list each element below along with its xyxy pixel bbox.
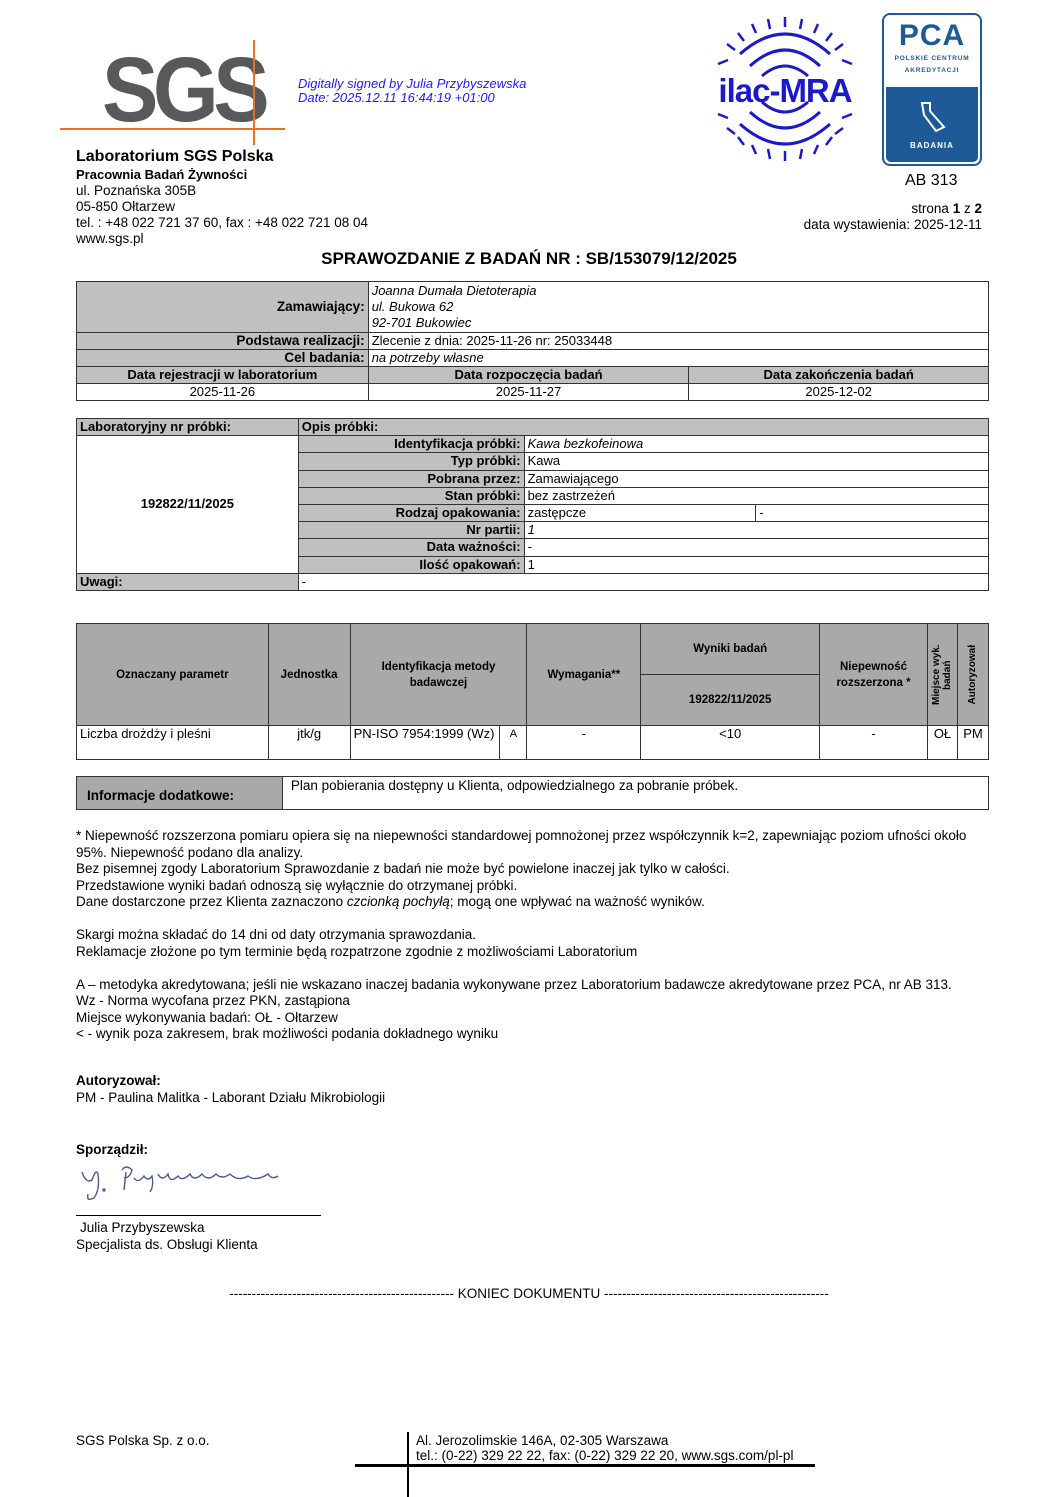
logo-orange-hline	[60, 128, 285, 130]
authorized-value: PM - Paulina Malitka - Laborant Działu M…	[76, 1090, 385, 1107]
basis-label: Podstawa realizacji:	[77, 333, 369, 350]
unit-header: Jednostka	[268, 624, 350, 726]
signature-stamp-line1: Digitally signed by Julia Przybyszewska	[298, 77, 526, 91]
remarks-row: Uwagi: -	[77, 573, 989, 590]
notes-block: * Niepewność rozszerzona pomiaru opiera …	[76, 828, 986, 1043]
note-complaints: Skargi można składać do 14 dni od daty o…	[76, 927, 986, 944]
ilac-mra-logo: ilac-MRA	[710, 14, 860, 164]
footer-address: Al. Jerozolimskie 146A, 02-305 Warszawa	[416, 1433, 793, 1448]
registration-date-header: Data rejestracji w laboratorium	[77, 367, 369, 384]
handwritten-signature-icon	[78, 1160, 288, 1204]
signature-stamp-line2: Date: 2025.12.11 16:44:19 +01:00	[298, 91, 526, 105]
purpose-label: Cel badania:	[77, 350, 369, 367]
result-uncertainty: -	[820, 726, 928, 760]
result-location: OŁ	[928, 726, 958, 760]
sample-field-label: Ilość opakowań:	[298, 556, 524, 573]
sample-field-row: 192822/11/2025 Identyfikacja próbki: Kaw…	[77, 436, 989, 453]
logo-orange-vline	[253, 40, 255, 145]
sample-header-row: Laboratoryjny nr próbki: Opis próbki:	[77, 419, 989, 436]
note-accredited-method: A – metodyka akredytowana; jeśli nie wsk…	[76, 977, 986, 994]
issue-date: data wystawienia: 2025-12-11	[804, 217, 982, 233]
sample-field-value: 1	[524, 556, 988, 573]
sample-field-value: -	[524, 539, 988, 556]
lab-contact: tel. : +48 022 721 37 60, fax : +48 022 …	[76, 215, 368, 231]
start-date-header: Data rozpoczęcia badań	[368, 367, 689, 384]
sample-description-label: Opis próbki:	[298, 419, 988, 436]
end-date: 2025-12-02	[689, 384, 989, 401]
sample-field-label: Identyfikacja próbki:	[298, 436, 524, 453]
note-copy: Bez pisemnej zgody Laboratorium Sprawozd…	[76, 861, 986, 878]
lab-address-block: Laboratorium SGS Polska Pracownia Badań …	[76, 147, 368, 247]
accreditation-number: AB 313	[905, 172, 957, 190]
note-uncertainty: * Niepewność rozszerzona pomiaru opiera …	[76, 828, 986, 861]
result-authorized: PM	[957, 726, 988, 760]
lab-sample-no-label: Laboratoryjny nr próbki:	[77, 419, 299, 436]
authorized-header: Autoryzował	[957, 624, 988, 726]
page-number: strona 1 z 2	[804, 201, 982, 217]
lab-department: Pracownia Badań Żywności	[76, 167, 368, 183]
sample-field-value: Kawa bezkofeinowa	[524, 436, 988, 453]
remarks-value: -	[298, 573, 988, 590]
result-unit: jtk/g	[268, 726, 350, 760]
additional-info-table: Informacje dodatkowe: Plan pobierania do…	[76, 776, 989, 810]
page-info: strona 1 z 2 data wystawienia: 2025-12-1…	[804, 201, 982, 233]
result-method: PN-ISO 7954:1999 (Wz)	[350, 726, 500, 760]
result-accreditation-flag: A	[500, 726, 527, 760]
pca-title: PCA	[884, 21, 980, 51]
lab-sample-no: 192822/11/2025	[77, 436, 299, 574]
note-out-of-range: < - wynik poza zakresem, brak możliwości…	[76, 1026, 986, 1043]
ilac-text: ilac-MRA	[718, 72, 851, 109]
sample-field-value: Kawa	[524, 453, 988, 470]
sample-field-value: zastępcze	[524, 504, 756, 521]
purpose-row: Cel badania: na potrzeby własne	[77, 350, 989, 367]
signer-name: Julia Przybyszewska	[76, 1220, 258, 1237]
pca-accreditation-logo: PCA POLSKIE CENTRUM AKREDYTACJI BADANIA	[882, 13, 982, 166]
end-date-header: Data zakończenia badań	[689, 367, 989, 384]
authorized-label: Autoryzował:	[76, 1073, 385, 1090]
footer-address-block: Al. Jerozolimskie 146A, 02-305 Warszawa …	[416, 1433, 793, 1463]
sample-field-value: bez zastrzeżeń	[524, 487, 988, 504]
dates-value-row: 2025-11-26 2025-11-27 2025-12-02	[77, 384, 989, 401]
additional-info-label: Informacje dodatkowe:	[77, 777, 283, 810]
pca-badge-label: BADANIA	[886, 141, 978, 150]
start-date: 2025-11-27	[368, 384, 689, 401]
sgs-logo-text: SGS	[102, 46, 264, 134]
result-value: <10	[641, 726, 820, 760]
additional-info-value: Plan pobierania dostępny u Klienta, odpo…	[282, 777, 988, 810]
results-header: Wyniki badań	[641, 624, 820, 675]
note-client-data: Dane dostarczone przez Klienta zaznaczon…	[76, 894, 986, 911]
end-of-document: ----------------------------------------…	[208, 1286, 850, 1301]
signature-line	[76, 1215, 321, 1216]
sample-field-label: Typ próbki:	[298, 453, 524, 470]
uncertainty-header: Niepewność rozszerzona *	[820, 624, 928, 726]
result-row: Liczba drożdży i pleśni jtk/g PN-ISO 795…	[77, 726, 989, 760]
pca-subtitle-2: AKREDYTACJI	[884, 66, 980, 75]
lab-name: Laboratorium SGS Polska	[76, 147, 368, 167]
report-title: SPRAWOZDANIE Z BADAŃ NR : SB/153079/12/2…	[0, 249, 1058, 269]
client-value: Joanna Dumała Dietoterapia ul. Bukowa 62…	[368, 282, 988, 333]
sgs-logo: SGS	[60, 40, 290, 140]
authorized-block: Autoryzował: PM - Paulina Malitka - Labo…	[76, 1073, 385, 1106]
sample-field-value: Zamawiającego	[524, 470, 988, 487]
note-wz: Wz - Norma wycofana przez PKN, zastąpion…	[76, 993, 986, 1010]
requirements-header: Wymagania**	[527, 624, 641, 726]
footer-divider-horizontal	[355, 1464, 815, 1467]
results-table: Oznaczany parametr Jednostka Identyfikac…	[76, 623, 989, 760]
basis-row: Podstawa realizacji: Zlecenie z dnia: 20…	[77, 333, 989, 350]
note-results-scope: Przedstawione wyniki badań odnoszą się w…	[76, 878, 986, 895]
lab-city: 05-850 Ołtarzew	[76, 199, 368, 215]
purpose-value: na potrzeby własne	[368, 350, 988, 367]
footer-contact: tel.: (0-22) 329 22 22, fax: (0-22) 329 …	[416, 1448, 793, 1463]
pca-subtitle-1: POLSKIE CENTRUM	[884, 54, 980, 63]
lab-website[interactable]: www.sgs.pl	[76, 231, 368, 247]
note-location: Miejsce wykonywania badań: OŁ - Ołtarzew	[76, 1010, 986, 1027]
method-header: Identyfikacja metody badawczej	[350, 624, 527, 726]
flask-icon	[912, 97, 952, 137]
results-header-row-1: Oznaczany parametr Jednostka Identyfikac…	[77, 624, 989, 675]
result-parameter: Liczba drożdży i pleśni	[77, 726, 269, 760]
client-label: Zamawiający:	[77, 282, 369, 333]
prepared-block: Sporządził:	[76, 1142, 148, 1159]
dates-header-row: Data rejestracji w laboratorium Data roz…	[77, 367, 989, 384]
sample-field-label: Pobrana przez:	[298, 470, 524, 487]
ilac-mra-emblem-icon: ilac-MRA	[710, 14, 860, 164]
sample-field-label: Nr partii:	[298, 522, 524, 539]
signer-role: Specjalista ds. Obsługi Klienta	[76, 1237, 258, 1254]
sample-no-header: 192822/11/2025	[641, 675, 820, 726]
lab-street: ul. Poznańska 305B	[76, 183, 368, 199]
basis-value: Zlecenie z dnia: 2025-11-26 nr: 25033448	[368, 333, 988, 350]
sample-field-label: Stan próbki:	[298, 487, 524, 504]
signer-block: Julia Przybyszewska Specjalista ds. Obsł…	[76, 1220, 258, 1253]
sample-field-extra: -	[756, 504, 989, 521]
result-requirements: -	[527, 726, 641, 760]
client-row: Zamawiający: Joanna Dumała Dietoterapia …	[77, 282, 989, 333]
prepared-label: Sporządził:	[76, 1142, 148, 1159]
sample-info-table: Laboratoryjny nr próbki: Opis próbki: 19…	[76, 418, 989, 591]
remarks-label: Uwagi:	[77, 573, 299, 590]
sample-field-label: Data ważności:	[298, 539, 524, 556]
footer-company: SGS Polska Sp. z o.o.	[76, 1433, 210, 1448]
location-header: Miejsce wyk. badań	[928, 624, 958, 726]
sample-field-label: Rodzaj opakowania:	[298, 504, 524, 521]
note-claims: Reklamacje złożone po tym terminie będą …	[76, 944, 986, 961]
additional-info-row: Informacje dodatkowe: Plan pobierania do…	[77, 777, 989, 810]
sample-field-value: 1	[524, 522, 988, 539]
registration-date: 2025-11-26	[77, 384, 369, 401]
parameter-header: Oznaczany parametr	[77, 624, 269, 726]
client-info-table: Zamawiający: Joanna Dumała Dietoterapia …	[76, 281, 989, 401]
digital-signature-stamp: Digitally signed by Julia Przybyszewska …	[298, 77, 526, 105]
